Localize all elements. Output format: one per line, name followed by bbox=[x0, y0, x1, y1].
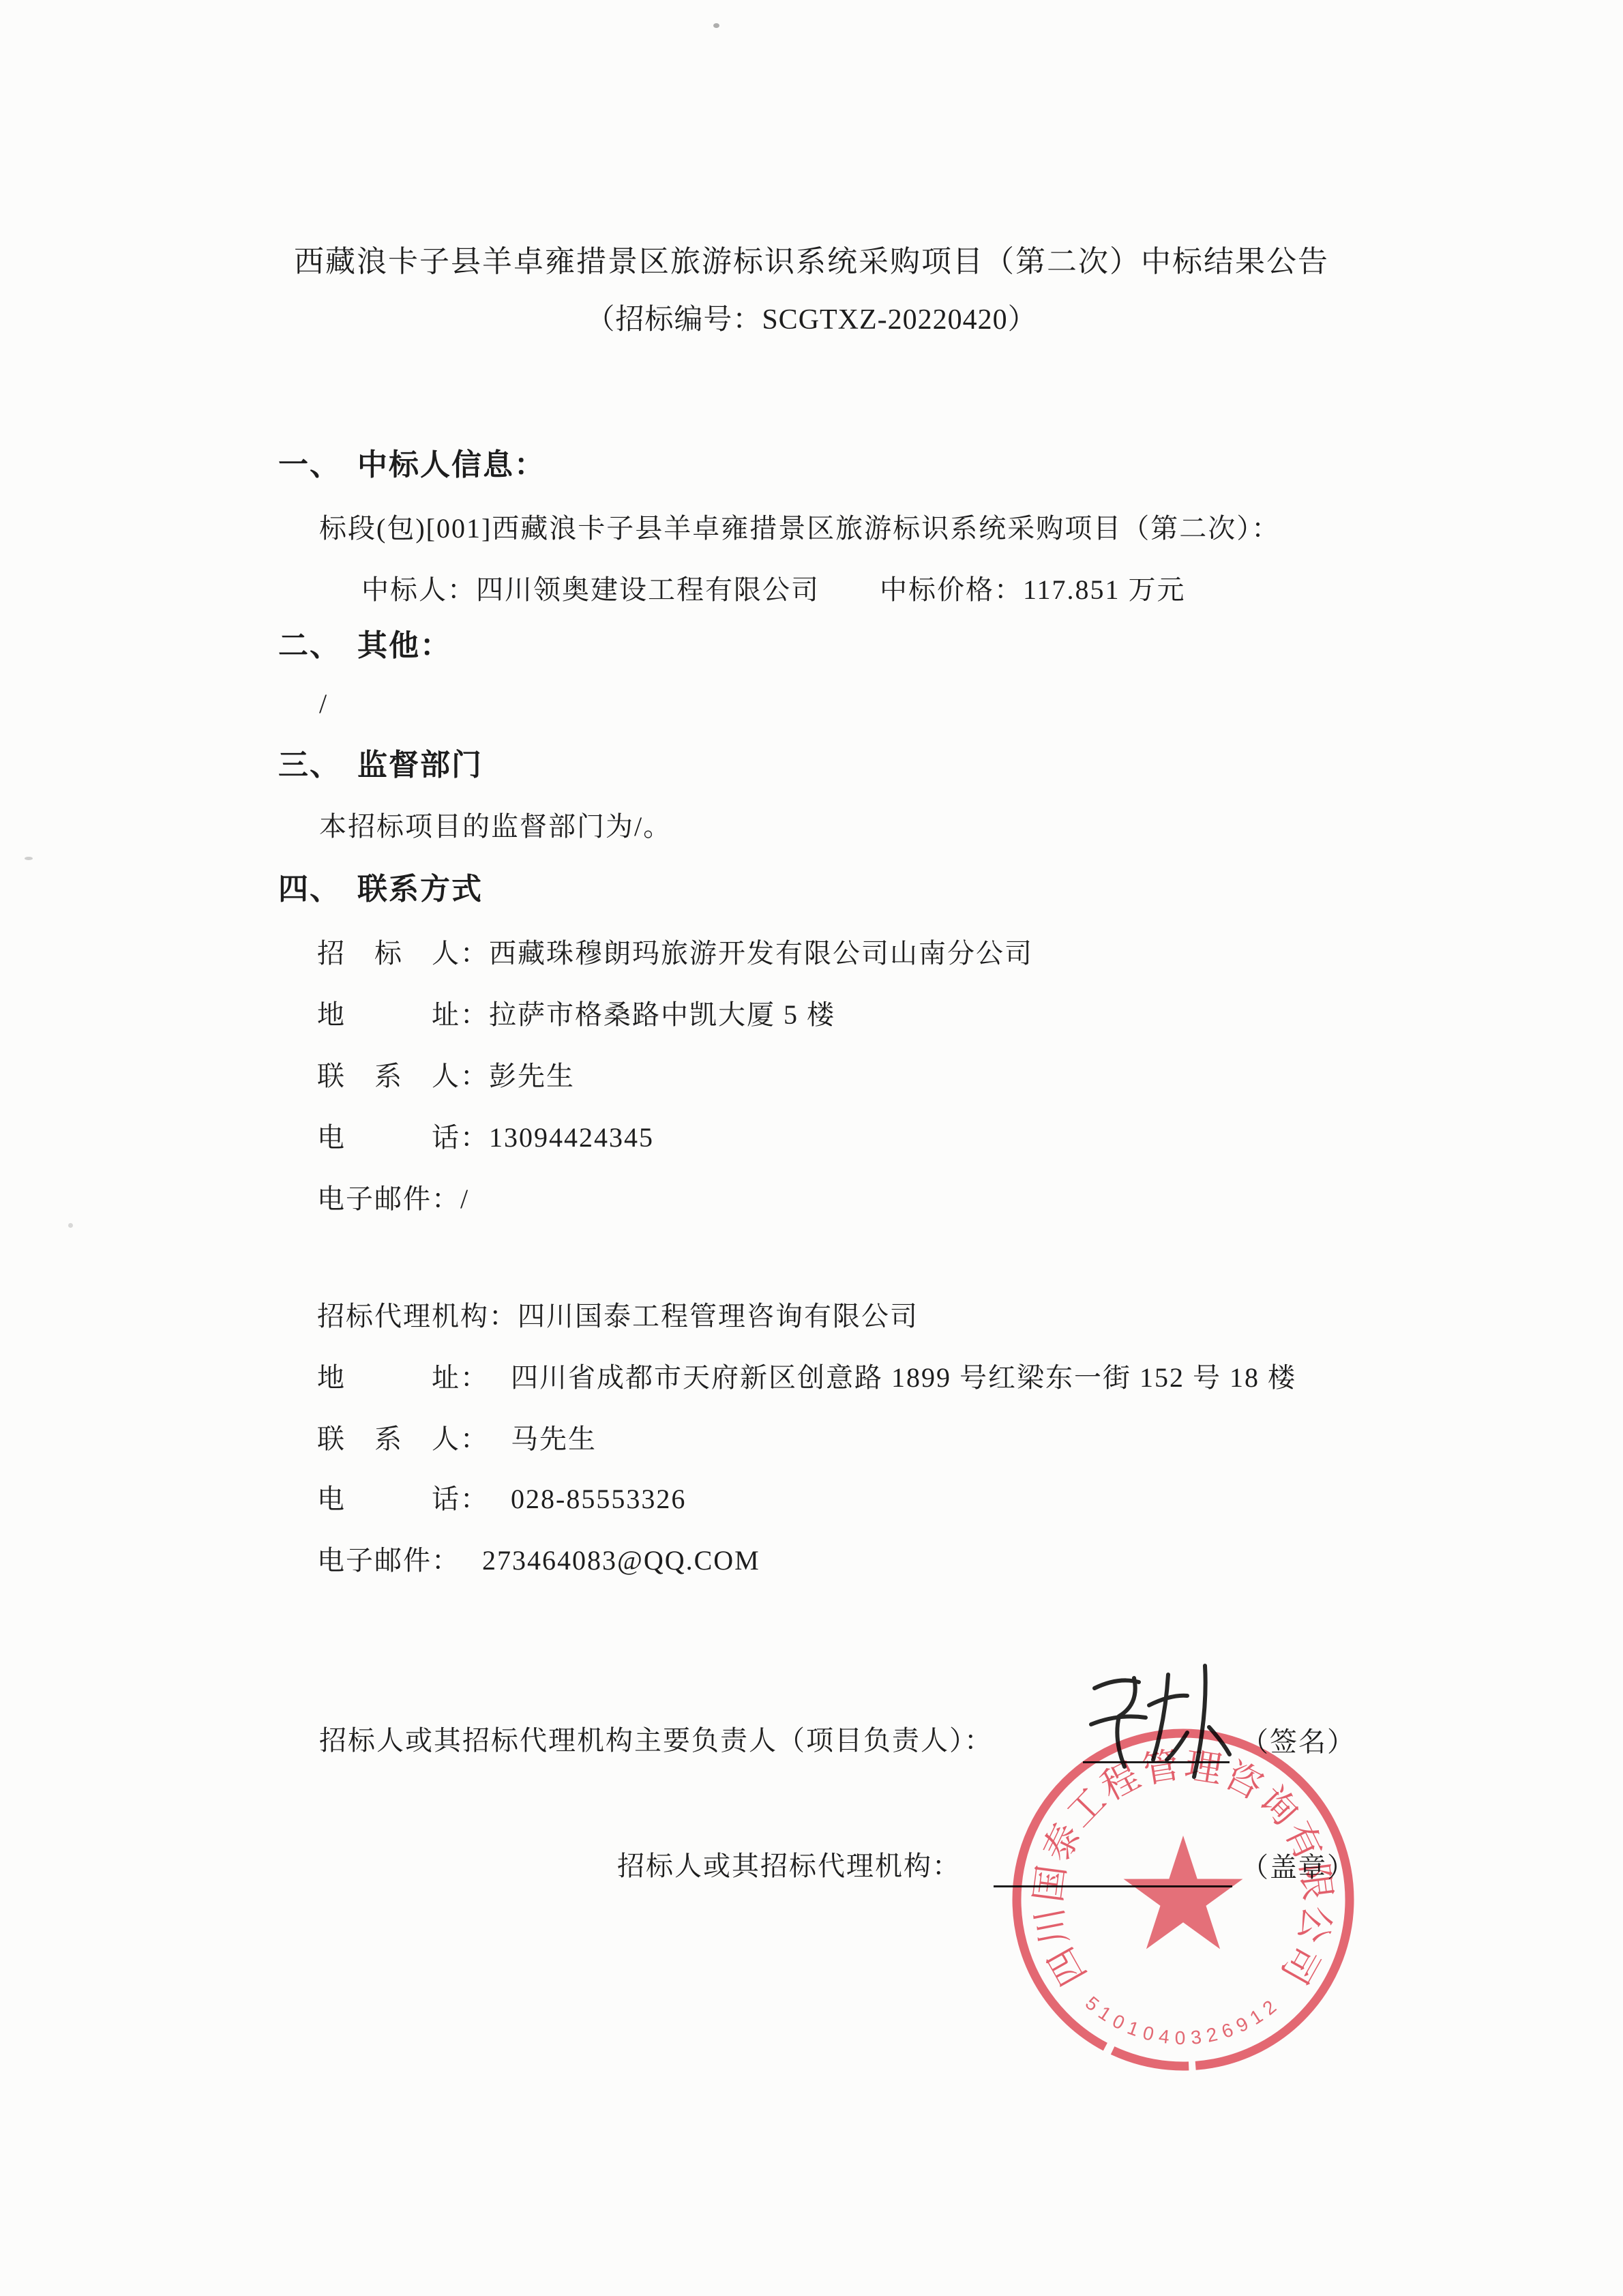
contact-row: 电 话：028-85553326 bbox=[317, 1486, 686, 1513]
contact-label: 电 话： bbox=[317, 1484, 489, 1514]
contact-value: 彭先生 bbox=[489, 1061, 575, 1091]
contact-row: 电 话：13094424345 bbox=[317, 1124, 654, 1151]
contact-label: 地 址： bbox=[317, 999, 489, 1030]
contact-value: 拉萨市格桑路中凯大厦 5 楼 bbox=[489, 999, 835, 1030]
contact-label: 电子邮件： bbox=[317, 1545, 460, 1576]
section4-heading: 四、 联系方式 bbox=[278, 874, 483, 904]
contact-row: 地 址：四川省成都市天府新区创意路 1899 号红梁东一街 152 号 18 楼 bbox=[317, 1364, 1296, 1392]
agency-heading-value: 四川国泰工程管理咨询有限公司 bbox=[518, 1301, 919, 1331]
contact-label: 电 话： bbox=[317, 1122, 489, 1153]
winner-name: 四川领奥建设工程有限公司 bbox=[476, 574, 820, 605]
contact-label: 联 系 人： bbox=[317, 1061, 489, 1091]
principal-signoff-label: 招标人或其招标代理机构主要负责人（项目负责人）： bbox=[319, 1727, 993, 1754]
contact-value: / bbox=[460, 1183, 469, 1214]
contact-row: 电子邮件：273464083@QQ.COM bbox=[317, 1547, 760, 1574]
agency-heading-label: 招标代理机构： bbox=[317, 1301, 518, 1331]
contact-value: 028-85553326 bbox=[489, 1484, 686, 1514]
scan-artifact-dot bbox=[68, 1223, 73, 1228]
price-line: 中标价格：117.851 万元 bbox=[880, 576, 1186, 604]
scan-artifact-dot bbox=[25, 857, 33, 860]
org-signoff-label: 招标人或其招标代理机构： bbox=[617, 1853, 961, 1880]
contact-label: 地 址： bbox=[317, 1362, 489, 1393]
contact-row: 联 系 人：彭先生 bbox=[317, 1063, 575, 1090]
contact-value: 13094424345 bbox=[489, 1122, 654, 1153]
document-page: 西藏浪卡子县羊卓雍措景区旅游标识系统采购项目（第二次）中标结果公告 （招标编号：… bbox=[0, 0, 1623, 2296]
contact-label: 招 标 人： bbox=[317, 938, 489, 969]
section1-heading: 一、 中标人信息： bbox=[278, 450, 546, 480]
company-seal: 四川国泰工程管理咨询有限公司 5101040326912 bbox=[992, 1709, 1374, 2091]
contact-row: 电子邮件：/ bbox=[317, 1186, 469, 1213]
section2-content: / bbox=[319, 690, 328, 718]
contact-label: 电子邮件： bbox=[317, 1183, 460, 1214]
section2-heading: 二、 其他： bbox=[278, 631, 451, 661]
contact-row: 联 系 人：马先生 bbox=[317, 1426, 597, 1453]
doc-title: 西藏浪卡子县羊卓雍措景区旅游标识系统采购项目（第二次）中标结果公告 bbox=[0, 247, 1623, 277]
section3-content: 本招标项目的监督部门为/。 bbox=[319, 813, 672, 840]
price-value: 117.851 万元 bbox=[1023, 574, 1186, 605]
seal-star bbox=[1124, 1836, 1243, 1949]
contact-value: 四川省成都市天府新区创意路 1899 号红梁东一街 152 号 18 楼 bbox=[489, 1362, 1296, 1393]
contact-value: 马先生 bbox=[489, 1424, 597, 1454]
price-label: 中标价格： bbox=[880, 574, 1023, 605]
scan-artifact-dot bbox=[713, 23, 719, 28]
contact-value: 西藏珠穆朗玛旅游开发有限公司山南分公司 bbox=[489, 938, 1033, 969]
seal-serial-text: 5101040326912 bbox=[1082, 1992, 1285, 2048]
lot-line: 标段(包)[001]西藏浪卡子县羊卓雍措景区旅游标识系统采购项目（第二次）： bbox=[319, 515, 1280, 542]
contact-row: 招 标 人：西藏珠穆朗玛旅游开发有限公司山南分公司 bbox=[317, 940, 1033, 967]
contact-row: 地 址：拉萨市格桑路中凯大厦 5 楼 bbox=[317, 1001, 835, 1029]
contact-label: 联 系 人： bbox=[317, 1424, 489, 1454]
winner-label: 中标人： bbox=[361, 574, 476, 605]
agency-heading-row: 招标代理机构：四川国泰工程管理咨询有限公司 bbox=[317, 1303, 919, 1330]
section3-heading: 三、 监督部门 bbox=[278, 750, 483, 780]
winner-line: 中标人：四川领奥建设工程有限公司 bbox=[361, 576, 820, 604]
tender-number: （招标编号：SCGTXZ-20220420） bbox=[0, 306, 1623, 334]
contact-value: 273464083@QQ.COM bbox=[460, 1545, 760, 1576]
